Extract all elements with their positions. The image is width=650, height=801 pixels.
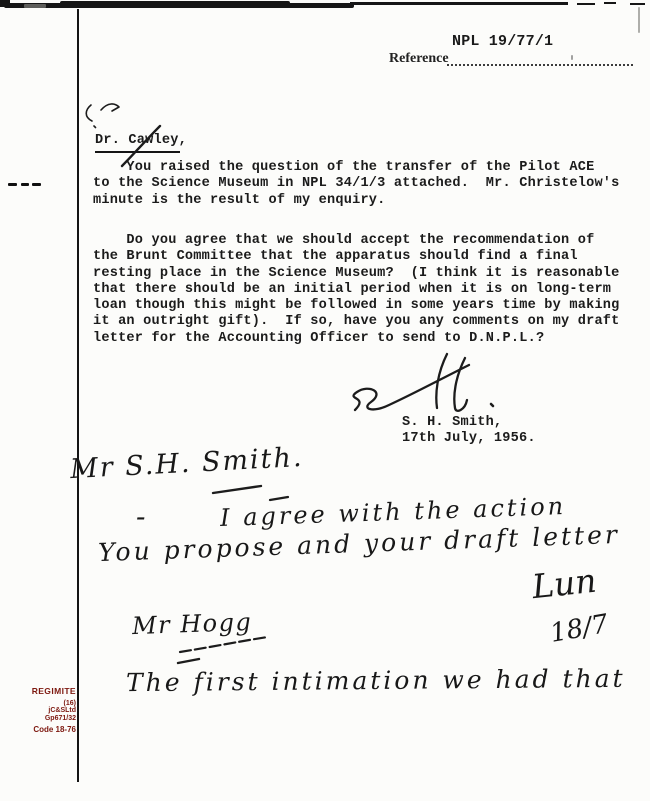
printer-stamp-name: REGIMITE [6, 687, 76, 697]
printer-stamp-line: jC&SLtd [6, 707, 76, 715]
margin-mark-dash-1 [8, 183, 17, 186]
handwritten-bottom-note: The first intimation we had that [126, 664, 626, 697]
handwritten-initials: Lun [530, 561, 598, 607]
scan-edge-dash-2 [604, 2, 616, 4]
paragraph-2-line: it an outright gift). If so, have you an… [93, 314, 620, 330]
ink-signature [335, 350, 505, 422]
scan-edge-band-3 [350, 2, 568, 5]
left-margin-rule [77, 9, 79, 782]
reference-number: NPL 19/77/1 [452, 33, 553, 50]
printer-stamp-line: (16) [6, 700, 76, 708]
handwritten-addressee: Mr S.H. Smith. [69, 442, 304, 485]
scan-right-tick [638, 7, 640, 33]
reference-dotted-line [447, 63, 633, 66]
printer-stamp-line: Gp671/32 [6, 715, 76, 723]
paragraph-2-line: that there should be an initial period w… [93, 282, 620, 298]
scan-speckle [24, 4, 46, 8]
scan-edge-band-2 [60, 1, 290, 5]
paragraph-2-line: letter for the Accounting Officer to sen… [93, 331, 620, 347]
printer-stamp-code: Code 18-76 [6, 726, 76, 735]
paragraph-1-line: You raised the question of the transfer … [93, 160, 620, 176]
handwritten-dash: - [136, 500, 145, 533]
handwritten-date: 18/7 [548, 609, 611, 649]
signed-date: 17th July, 1956. [402, 431, 536, 446]
signer-name: S. H. Smith, [402, 415, 502, 430]
paragraph-2-line: the Brunt Committee that the apparatus s… [93, 249, 620, 265]
scanned-letter-page: NPL 19/77/1 Reference Dr. Cawley, You ra… [0, 0, 650, 801]
paragraph-1: You raised the question of the transfer … [93, 160, 620, 209]
margin-mark-dash-3 [32, 183, 41, 186]
reference-label: Reference [389, 51, 449, 67]
scan-dot-1 [571, 55, 573, 60]
paragraph-2-line: loan though this might be followed in so… [93, 298, 620, 314]
handwritten-referral-flourish [172, 634, 304, 668]
scan-edge-dash-1 [577, 3, 595, 5]
paragraph-1-line: minute is the result of my enquiry. [93, 193, 620, 209]
scan-edge-dash-3 [630, 3, 645, 5]
paragraph-1-line: to the Science Museum in NPL 34/1/3 atta… [93, 176, 620, 192]
paragraph-2-line: resting place in the Science Museum? (I … [93, 266, 620, 282]
paragraph-2-line: Do you agree that we should accept the r… [93, 233, 620, 249]
scan-corner-blob [0, 0, 10, 7]
printer-stamp: REGIMITE (16) jC&SLtd Gp671/32 Code 18-7… [6, 687, 76, 735]
paragraph-2: Do you agree that we should accept the r… [93, 233, 620, 347]
margin-mark-dash-2 [21, 183, 29, 186]
